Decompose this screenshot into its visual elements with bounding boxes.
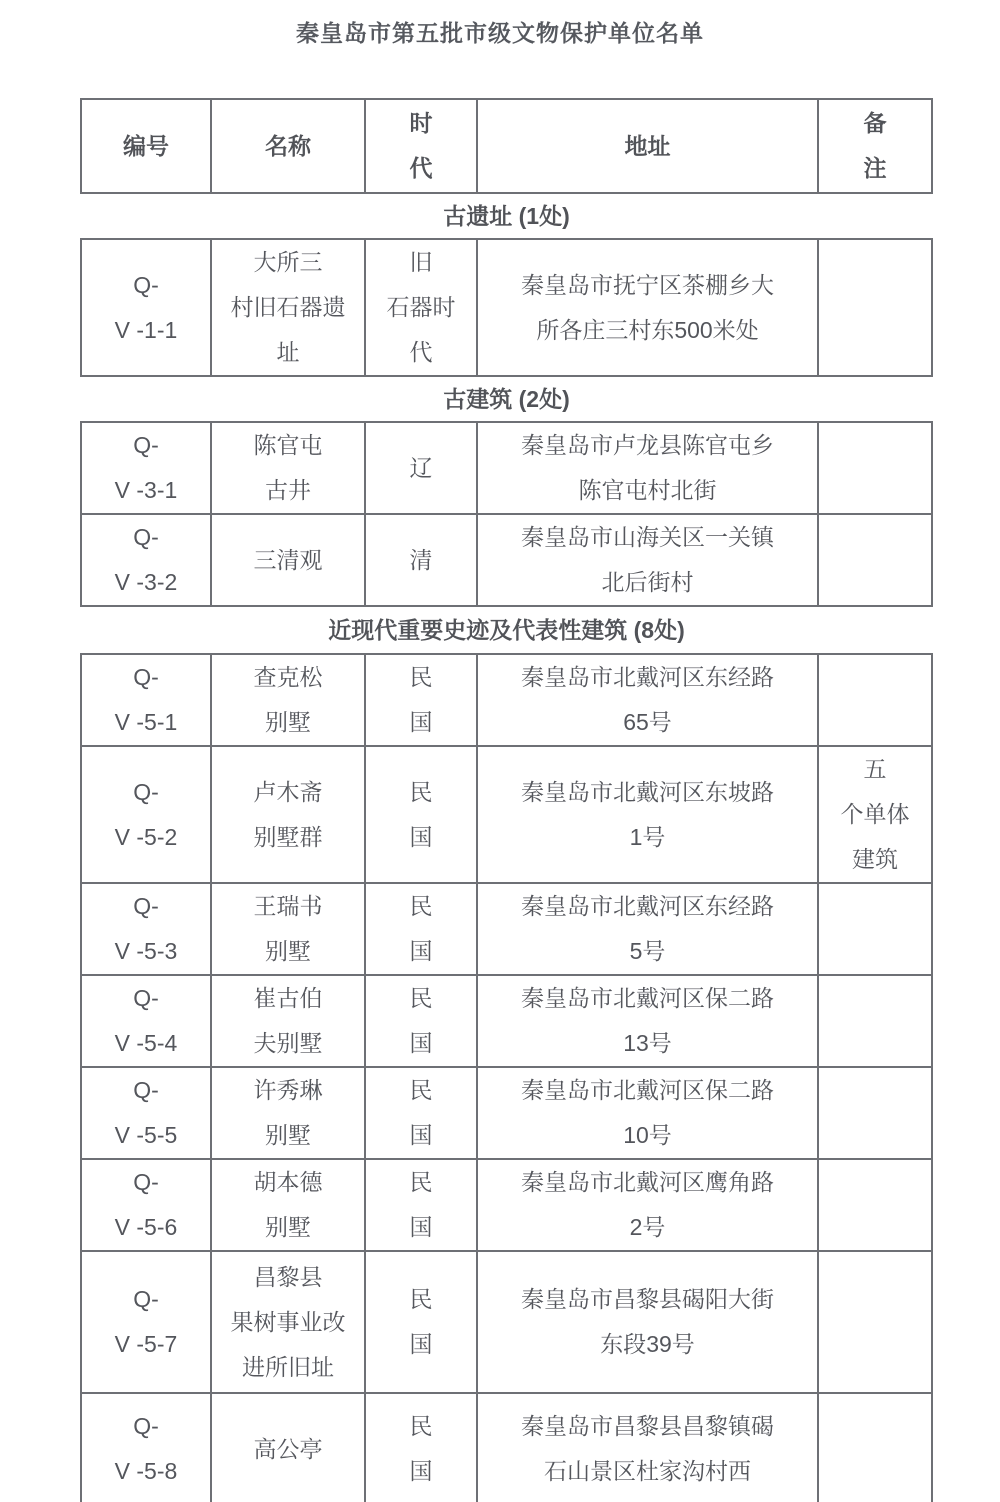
era-cell: 民 国 [365,883,477,975]
id-cell: Q- V -5-1 [81,654,211,746]
header-row: 编号 名称 时 代 地址 备 注 [81,99,932,193]
address-cell: 秦皇岛市昌黎县碣阳大街 东段39号 [477,1251,818,1393]
address-cell: 秦皇岛市北戴河区保二路 10号 [477,1067,818,1159]
section-header-ancient-buildings: 古建筑 (2处) [81,376,932,422]
table-row: Q- V -5-1 查克松 别墅 民 国 秦皇岛市北戴河区东经路 65号 [81,654,932,746]
note-cell: 五 个单体 建筑 [818,746,932,883]
note-cell [818,883,932,975]
heritage-table: 编号 名称 时 代 地址 备 注 古遗址 (1处) Q- V -1-1 大所三 … [80,98,933,1502]
address-cell: 秦皇岛市北戴河区东坡路 1号 [477,746,818,883]
table-row: Q- V -5-5 许秀琳 别墅 民 国 秦皇岛市北戴河区保二路 10号 [81,1067,932,1159]
note-cell [818,654,932,746]
id-cell: Q- V -5-5 [81,1067,211,1159]
id-cell: Q- V -5-3 [81,883,211,975]
section-title: 古建筑 (2处) [81,376,932,422]
note-cell [818,1067,932,1159]
id-cell: Q- V -5-4 [81,975,211,1067]
address-cell: 秦皇岛市北戴河区东经路 5号 [477,883,818,975]
name-cell: 王瑞书 别墅 [211,883,365,975]
address-cell: 秦皇岛市卢龙县陈官屯乡 陈官屯村北街 [477,422,818,514]
era-cell: 民 国 [365,1159,477,1251]
era-cell: 辽 [365,422,477,514]
address-cell: 秦皇岛市北戴河区鹰角路 2号 [477,1159,818,1251]
col-header-id: 编号 [81,99,211,193]
name-cell: 昌黎县 果树事业改 进所旧址 [211,1251,365,1393]
id-cell: Q- V -1-1 [81,239,211,376]
name-cell: 查克松 别墅 [211,654,365,746]
name-cell: 三清观 [211,514,365,606]
era-cell: 旧 石器时 代 [365,239,477,376]
note-cell [818,514,932,606]
name-cell: 胡本德 别墅 [211,1159,365,1251]
era-cell: 民 国 [365,654,477,746]
id-cell: Q- V -5-8 [81,1393,211,1502]
era-cell: 民 国 [365,1251,477,1393]
id-cell: Q- V -3-1 [81,422,211,514]
address-cell: 秦皇岛市北戴河区保二路 13号 [477,975,818,1067]
table-row: Q- V -5-6 胡本德 别墅 民 国 秦皇岛市北戴河区鹰角路 2号 [81,1159,932,1251]
table-row: Q- V -1-1 大所三 村旧石器遗 址 旧 石器时 代 秦皇岛市抚宁区茶棚乡… [81,239,932,376]
era-cell: 民 国 [365,1067,477,1159]
col-header-name: 名称 [211,99,365,193]
table-row: Q- V -3-2 三清观 清 秦皇岛市山海关区一关镇 北后街村 [81,514,932,606]
note-cell [818,975,932,1067]
era-cell: 民 国 [365,975,477,1067]
note-cell [818,1159,932,1251]
section-title: 近现代重要史迹及代表性建筑 (8处) [81,606,932,654]
table-row: Q- V -5-2 卢木斋 别墅群 民 国 秦皇岛市北戴河区东坡路 1号 五 个… [81,746,932,883]
note-cell [818,1393,932,1502]
section-header-modern-sites: 近现代重要史迹及代表性建筑 (8处) [81,606,932,654]
col-header-era: 时 代 [365,99,477,193]
address-cell: 秦皇岛市昌黎县昌黎镇碣 石山景区杜家沟村西 [477,1393,818,1502]
address-cell: 秦皇岛市抚宁区茶棚乡大 所各庄三村东500米处 [477,239,818,376]
table-row: Q- V -5-4 崔古伯 夫别墅 民 国 秦皇岛市北戴河区保二路 13号 [81,975,932,1067]
id-cell: Q- V -5-7 [81,1251,211,1393]
era-cell: 民 国 [365,1393,477,1502]
table-row: Q- V -3-1 陈官屯 古井 辽 秦皇岛市卢龙县陈官屯乡 陈官屯村北街 [81,422,932,514]
page-title: 秦皇岛市第五批市级文物保护单位名单 [0,18,1000,48]
table-row: Q- V -5-7 昌黎县 果树事业改 进所旧址 民 国 秦皇岛市昌黎县碣阳大街… [81,1251,932,1393]
table-row: Q- V -5-8 高公亭 民 国 秦皇岛市昌黎县昌黎镇碣 石山景区杜家沟村西 [81,1393,932,1502]
address-cell: 秦皇岛市山海关区一关镇 北后街村 [477,514,818,606]
address-cell: 秦皇岛市北戴河区东经路 65号 [477,654,818,746]
note-cell [818,239,932,376]
name-cell: 许秀琳 别墅 [211,1067,365,1159]
table-row: Q- V -5-3 王瑞书 别墅 民 国 秦皇岛市北戴河区东经路 5号 [81,883,932,975]
name-cell: 大所三 村旧石器遗 址 [211,239,365,376]
id-cell: Q- V -5-2 [81,746,211,883]
section-title: 古遗址 (1处) [81,193,932,239]
section-header-ancient-sites: 古遗址 (1处) [81,193,932,239]
col-header-note: 备 注 [818,99,932,193]
era-cell: 民 国 [365,746,477,883]
name-cell: 陈官屯 古井 [211,422,365,514]
id-cell: Q- V -3-2 [81,514,211,606]
name-cell: 高公亭 [211,1393,365,1502]
name-cell: 卢木斋 别墅群 [211,746,365,883]
id-cell: Q- V -5-6 [81,1159,211,1251]
name-cell: 崔古伯 夫别墅 [211,975,365,1067]
note-cell [818,422,932,514]
era-cell: 清 [365,514,477,606]
col-header-address: 地址 [477,99,818,193]
note-cell [818,1251,932,1393]
